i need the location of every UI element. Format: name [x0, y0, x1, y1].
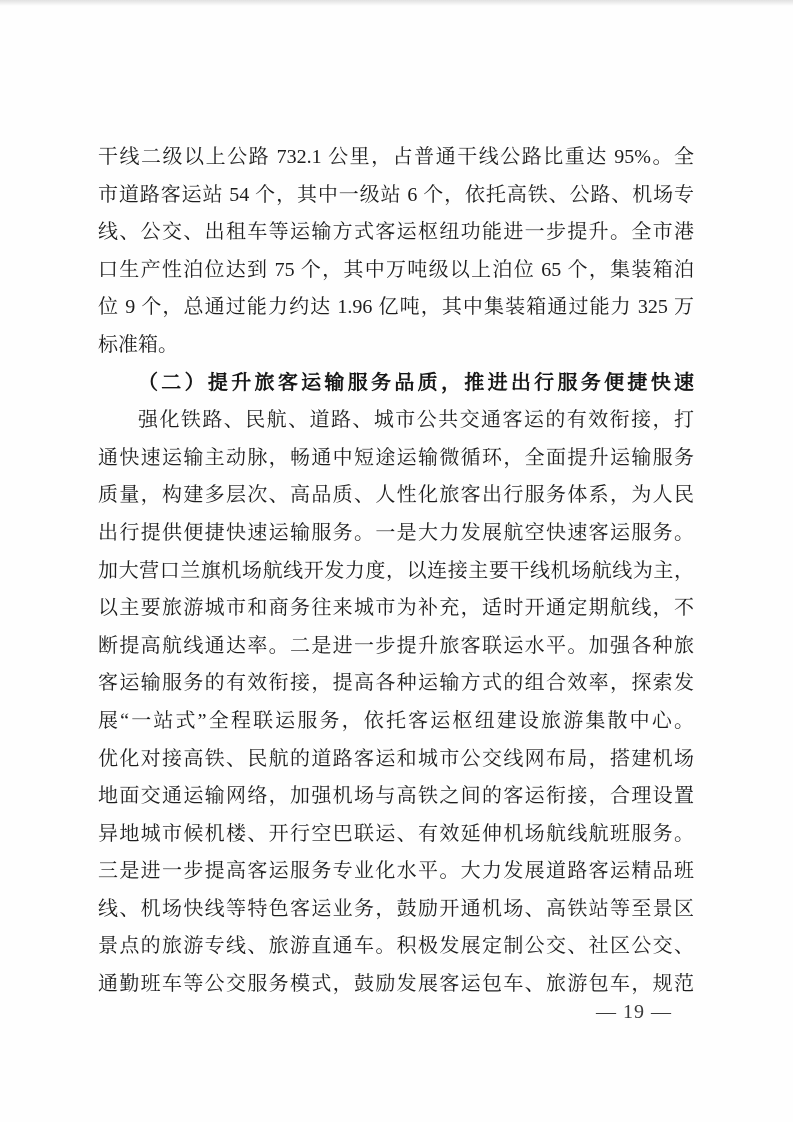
text-line: 市道路客运站 54 个，其中一级站 6 个，依托高铁、公路、机场专: [98, 177, 694, 215]
text-line: 通勤班车等公交服务模式，鼓励发展客运包车、旅游包车，规范: [98, 966, 694, 1004]
text-line: 加大营口兰旗机场航线开发力度，以连接主要干线机场航线为主，: [98, 553, 694, 591]
body-text-block: 干线二级以上公路 732.1 公里，占普通干线公路比重达 95%。全 市道路客运…: [98, 139, 694, 1004]
text-line: 线、机场快线等特色客运业务，鼓励开通机场、高铁站等至景区: [98, 891, 694, 929]
text-line: 线、公交、出租车等运输方式客运枢纽功能进一步提升。全市港: [98, 214, 694, 252]
document-page: 干线二级以上公路 732.1 公里，占普通干线公路比重达 95%。全 市道路客运…: [0, 0, 793, 1122]
text-line: 展“一站式”全程联运服务，依托客运枢纽建设旅游集散中心。: [98, 703, 694, 741]
scan-edge-artifact: [0, 0, 793, 6]
text-line: 以主要旅游城市和商务往来城市为补充，适时开通定期航线，不: [98, 590, 694, 628]
section-heading: （二）提升旅客运输服务品质，推进出行服务便捷快速: [98, 365, 694, 403]
text-line: 口生产性泊位达到 75 个，其中万吨级以上泊位 65 个，集装箱泊: [98, 252, 694, 290]
text-line: 通快速运输主动脉，畅通中短途运输微循环，全面提升运输服务: [98, 440, 694, 478]
text-line: 出行提供便捷快速运输服务。一是大力发展航空快速客运服务。: [98, 515, 694, 553]
text-line: 强化铁路、民航、道路、城市公共交通客运的有效衔接，打: [98, 402, 694, 440]
text-line: 断提高航线通达率。二是进一步提升旅客联运水平。加强各种旅: [98, 628, 694, 666]
text-line: 优化对接高铁、民航的道路客运和城市公交线网布局，搭建机场: [98, 741, 694, 779]
text-line: 异地城市候机楼、开行空巴联运、有效延伸机场航线航班服务。: [98, 816, 694, 854]
text-line: 质量，构建多层次、高品质、人性化旅客出行服务体系，为人民: [98, 477, 694, 515]
page-number: — 19 —: [596, 1000, 672, 1024]
text-line: 景点的旅游专线、旅游直通车。积极发展定制公交、社区公交、: [98, 928, 694, 966]
text-line: 三是进一步提高客运服务专业化水平。大力发展道路客运精品班: [98, 853, 694, 891]
text-line: 地面交通运输网络，加强机场与高铁之间的客运衔接，合理设置: [98, 778, 694, 816]
text-line: 客运输服务的有效衔接，提高各种运输方式的组合效率，探索发: [98, 665, 694, 703]
text-line: 标准箱。: [98, 327, 694, 365]
text-line: 位 9 个，总通过能力约达 1.96 亿吨，其中集装箱通过能力 325 万: [98, 289, 694, 327]
text-line: 干线二级以上公路 732.1 公里，占普通干线公路比重达 95%。全: [98, 139, 694, 177]
